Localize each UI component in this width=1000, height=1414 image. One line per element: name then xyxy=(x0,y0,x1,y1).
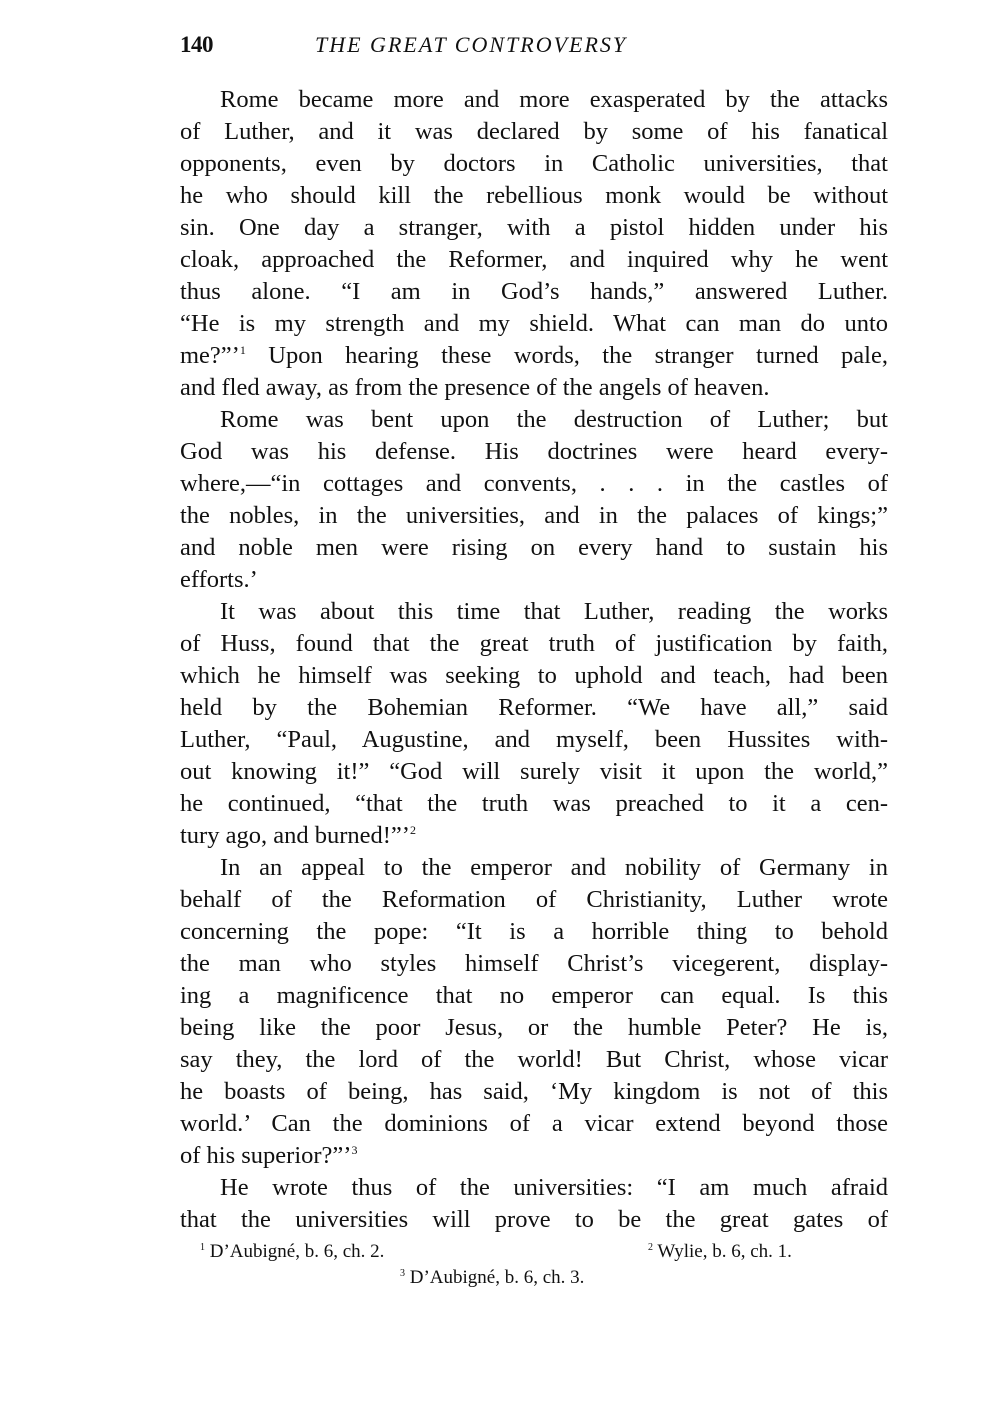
footnote-mark: 3 xyxy=(400,1268,405,1279)
text-line: which he himself was seeking to uphold a… xyxy=(180,660,888,692)
paragraph-4: In an appeal to the emperor and nobility… xyxy=(180,852,888,1172)
footnote-text: D’Aubigné, b. 6, ch. 2. xyxy=(210,1241,385,1262)
footnote-3: 3 D’Aubigné, b. 6, ch. 3. xyxy=(400,1264,584,1292)
text-line: “He is my strength and my shield. What c… xyxy=(180,308,888,340)
text-line: God was his defense. His doctrines were … xyxy=(180,436,888,468)
paragraph-1: Rome became more and more exasperated by… xyxy=(180,84,888,404)
text-fragment: Upon hearing these words, the stranger t… xyxy=(246,342,888,369)
footnote-mark: 1 xyxy=(200,1242,205,1253)
footnote-text: Wylie, b. 6, ch. 1. xyxy=(657,1241,791,1262)
text-line: opponents, even by doctors in Catholic u… xyxy=(180,148,888,180)
text-line: say they, the lord of the world! But Chr… xyxy=(180,1044,888,1076)
text-line: of Luther, and it was declared by some o… xyxy=(180,116,888,148)
paragraph-2: Rome was bent upon the destruction of Lu… xyxy=(180,404,888,596)
text-line: ing a magnificence that no emperor can e… xyxy=(180,980,888,1012)
text-line: out knowing it!” “God will surely visit … xyxy=(180,756,888,788)
text-line: he continued, “that the truth was preach… xyxy=(180,788,888,820)
text-line: of Huss, found that the great truth of j… xyxy=(180,628,888,660)
book-page: 140 THE GREAT CONTROVERSY Rome became mo… xyxy=(0,0,1000,1414)
text-fragment: tury ago, and burned!”’ xyxy=(180,822,410,849)
text-fragment: of his superior?”’ xyxy=(180,1142,351,1169)
footnote-2: 2 Wylie, b. 6, ch. 1. xyxy=(648,1238,792,1266)
text-line: cloak, approached the Reformer, and inqu… xyxy=(180,244,888,276)
text-line: and fled away, as from the presence of t… xyxy=(180,372,888,404)
text-line: Rome became more and more exasperated by… xyxy=(180,84,888,116)
text-line: tury ago, and burned!”’2 xyxy=(180,820,888,852)
paragraph-3: It was about this time that Luther, read… xyxy=(180,596,888,852)
footnote-ref-3[interactable]: 3 xyxy=(351,1143,357,1157)
text-line: sin. One day a stranger, with a pistol h… xyxy=(180,212,888,244)
text-line: held by the Bohemian Reformer. “We have … xyxy=(180,692,888,724)
text-line: the nobles, in the universities, and in … xyxy=(180,500,888,532)
text-line: and noble men were rising on every hand … xyxy=(180,532,888,564)
text-line: that the universities will prove to be t… xyxy=(180,1204,888,1236)
text-line: he boasts of being, has said, ‘My kingdo… xyxy=(180,1076,888,1108)
text-line: Rome was bent upon the destruction of Lu… xyxy=(180,404,888,436)
body-text: Rome became more and more exasperated by… xyxy=(180,84,888,1236)
text-fragment: me?”’ xyxy=(180,342,240,369)
text-line: It was about this time that Luther, read… xyxy=(180,596,888,628)
text-line: efforts.’ xyxy=(180,564,888,596)
text-line: the man who styles himself Christ’s vice… xyxy=(180,948,888,980)
footnote-ref-2[interactable]: 2 xyxy=(410,823,416,837)
book-title: THE GREAT CONTROVERSY xyxy=(315,32,627,58)
page-number: 140 xyxy=(180,32,213,58)
text-line: He wrote thus of the universities: “I am… xyxy=(180,1172,888,1204)
text-line: thus alone. “I am in God’s hands,” answe… xyxy=(180,276,888,308)
footnote-1: 1 D’Aubigné, b. 6, ch. 2. xyxy=(200,1238,384,1266)
footnote-mark: 2 xyxy=(648,1242,653,1253)
text-line: concerning the pope: “It is a horrible t… xyxy=(180,916,888,948)
text-line: he who should kill the rebellious monk w… xyxy=(180,180,888,212)
text-line: world.’ Can the dominions of a vicar ext… xyxy=(180,1108,888,1140)
running-head: 140 THE GREAT CONTROVERSY xyxy=(180,32,888,64)
text-line: where,—“in cottages and convents, . . . … xyxy=(180,468,888,500)
paragraph-5: He wrote thus of the universities: “I am… xyxy=(180,1172,888,1236)
text-line: In an appeal to the emperor and nobility… xyxy=(180,852,888,884)
text-line: Luther, “Paul, Augustine, and myself, be… xyxy=(180,724,888,756)
text-line: of his superior?”’3 xyxy=(180,1140,888,1172)
text-line: being like the poor Jesus, or the humble… xyxy=(180,1012,888,1044)
text-line: behalf of the Reformation of Christianit… xyxy=(180,884,888,916)
text-line: me?”’1 Upon hearing these words, the str… xyxy=(180,340,888,372)
footnote-text: D’Aubigné, b. 6, ch. 3. xyxy=(410,1267,585,1288)
